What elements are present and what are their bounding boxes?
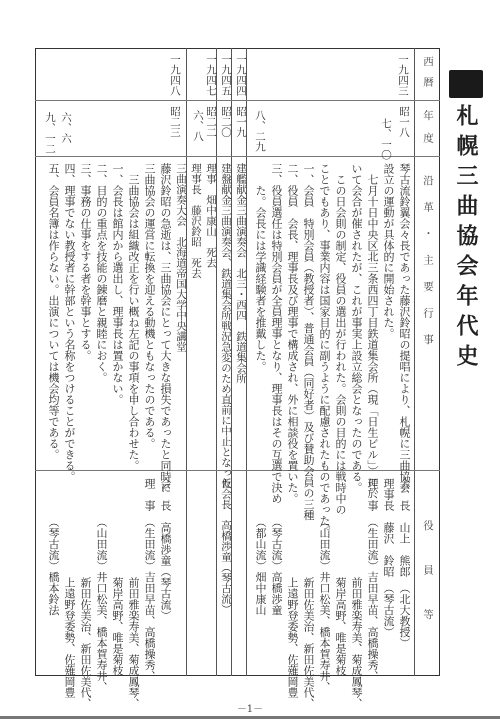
entry-1943-officer-line: 会 長 山上 熊郎 （北大教授） [397, 478, 412, 649]
entry-1947-era: 昭二二 [204, 106, 217, 138]
entry-1944-date: 八、二九 [252, 110, 267, 152]
header-officers-label: 役員等 [420, 520, 435, 654]
document-title: 札幌三曲協会年代史 [449, 104, 483, 374]
entry-1948-officer-line: 会 長 高橋渉童（琴古流） [158, 478, 173, 621]
entry-1948-event-line: 一、会長は館内から選出し、理事長は置かない。 [110, 163, 125, 405]
entry-1947-date: 六、八 [190, 110, 205, 142]
page-number: －1－ [0, 700, 500, 715]
entry-1948-officer-line: （琴古流）橋本鈴法 [46, 478, 61, 616]
entry-1943-officer-line: 上遠野登委勢、佐薙岡豊 [285, 478, 300, 698]
entry-1944-era: 昭一九 [234, 106, 247, 138]
entry-1948-event-line: 五、会員名簿は作らない。出演については機会均等である。 [46, 163, 61, 460]
entry-1943-event-line: 設立の運動が具体的に開始された。 [381, 163, 396, 339]
entry-1945-event-line: 理事 畑中康山 死去 [204, 163, 217, 268]
title-decoration-block [449, 70, 483, 98]
entry-1948-event-line: 二、目的の重点を技能の錬磨と親睦におく。 [94, 163, 109, 383]
header-column-divider [414, 48, 415, 676]
entry-1948-officer-line: 菊岸高野、唯是菊枝 [110, 478, 125, 676]
header-year-label: 西暦 [420, 56, 435, 97]
entry-1943-event-line: 一、会員 特別会員（教授者）、普通会員（同好者）及び賛助会員の三種 [301, 163, 316, 521]
entry-1943-event-line: 三、役員選任は特別会員が全員理事となり、理事長はその互選で決め [269, 163, 284, 504]
entry-1948-year: 一九四八 [168, 54, 181, 96]
entry-1944-officer-line: 仮会長 高橋渉童（琴古流） [219, 478, 232, 615]
entry-1948-event-line: 三曲協会は組織改正を行い概ね左記の事項を申し合わせた。 [126, 163, 141, 471]
entry-1944-event-line: 建盤献金三曲演奏会、鉄道集会所戦況急変のため直前に中止となった [219, 163, 232, 489]
document-page: 札幌三曲協会年代史 西暦 年度 沿革・主要行事 役員等 一九四三 昭一八 七、一… [0, 0, 500, 721]
entry-1943-event-line: 琴古流鈴翼会々長であった藤沢鈴昭の提唱により、札幌に三曲協会 [397, 163, 412, 493]
entry-1943-officer-line: （琴古流）高橋渉童 [269, 478, 284, 616]
entry-1943-event-line: いて会合が催されたが、これが事実上設立総会となったのである。 [349, 163, 364, 493]
entry-1947-event-line: 理事長 藤沢鈴昭 死去 [189, 163, 202, 279]
entry-1943-officer-line: 理 事 （生田流）吉田早苗、高橋操秀、 [365, 478, 380, 682]
entry-1943-officer-line: （山田流）井口松美、橋本賀寿井、 [317, 478, 332, 693]
entry-1943-date: 七、一〇 [378, 118, 393, 160]
entry-1948-officer-line: 上遠野登委勢、佐薙岡豊 [62, 478, 77, 698]
entry-1943-era: 昭一八 [396, 106, 411, 138]
entry-1948-officer-line: 理 事 （生田流）吉田早苗、高橋操秀、 [142, 478, 157, 682]
entry-1948-event-line: 藤沢鈴昭の急逝は、三曲協会にとって大きな損失であったと同時に [158, 163, 173, 493]
entry-1948-event-line: 三、事務の仕事をする者を幹事とする。 [78, 163, 93, 361]
entry-1943-event-line: 七月十日中央区北三条西四丁目鉄道集会所（現「日生ビル」）に於 [365, 163, 380, 499]
entry-1943-officer-line: （都山流）畑中康山 [253, 478, 268, 616]
entry-1948-officer-line: （山田流）井口松美、橋本賀寿井、 [94, 478, 109, 693]
entry-1943-officer-line: 理事長 藤沢 鈴昭 （琴古流） [381, 478, 396, 638]
entry-1944-event-line: 建艦献金三曲演奏会 北三・西四 鉄道集会所 [234, 163, 247, 384]
entry-1948-officer-line: 新田佐美治、新田佐美代、 [78, 478, 93, 709]
column-divider-1945 [216, 48, 217, 676]
entry-1943-officer-line: 前田雅楽寿美、菊成鳳琴、 [349, 478, 364, 709]
entry-1943-officer-line: 菊岸高野、唯是菊枝 [333, 478, 348, 676]
page-bottom-rule [0, 716, 500, 719]
entry-1945-year: 一九四五 [219, 54, 232, 96]
entry-1943-event-line: 二、役員 会長、理事長及び理事で構成され、外に相談役を置いた。 [285, 163, 300, 504]
entry-1948-event-line: 四、理事でない教授者に幹部という名称をつけることができる。 [62, 163, 77, 482]
entry-1947-year: 一九四七 [204, 54, 217, 96]
header-events-label: 沿革・主要行事 [420, 175, 435, 361]
header-era-label: 年度 [420, 110, 435, 155]
entry-1948-era: 昭二三 [168, 106, 181, 138]
entry-1948-officer-line: 前田雅楽寿美、菊成鳳琴、 [126, 478, 141, 709]
column-divider-1947 [186, 48, 187, 676]
entry-1948-event-line: 三曲協会の運営に転換を迎える動機ともなったのである。 [142, 163, 157, 449]
row-divider-year [35, 100, 440, 101]
entry-1948-date: 六、六 九、一二 [42, 112, 74, 154]
entry-1943-event-line: この日会則の制定、役員の選出が行われた。会則の目的には戦時中の [333, 163, 348, 515]
entry-1947-event-line: 三曲演奏大会 北海道帝国大学中央講堂 [174, 163, 187, 352]
entry-1943-event-line: た。会長には学識経験者を推戴した。 [253, 163, 268, 372]
entry-1944-year: 一九四四 [234, 54, 247, 96]
entry-1943-year: 一九四三 [396, 54, 409, 96]
entry-1945-era: 昭二〇 [219, 106, 232, 138]
entry-1943-officer-line: 新田佐美治、新田佐美代、 [301, 478, 316, 709]
